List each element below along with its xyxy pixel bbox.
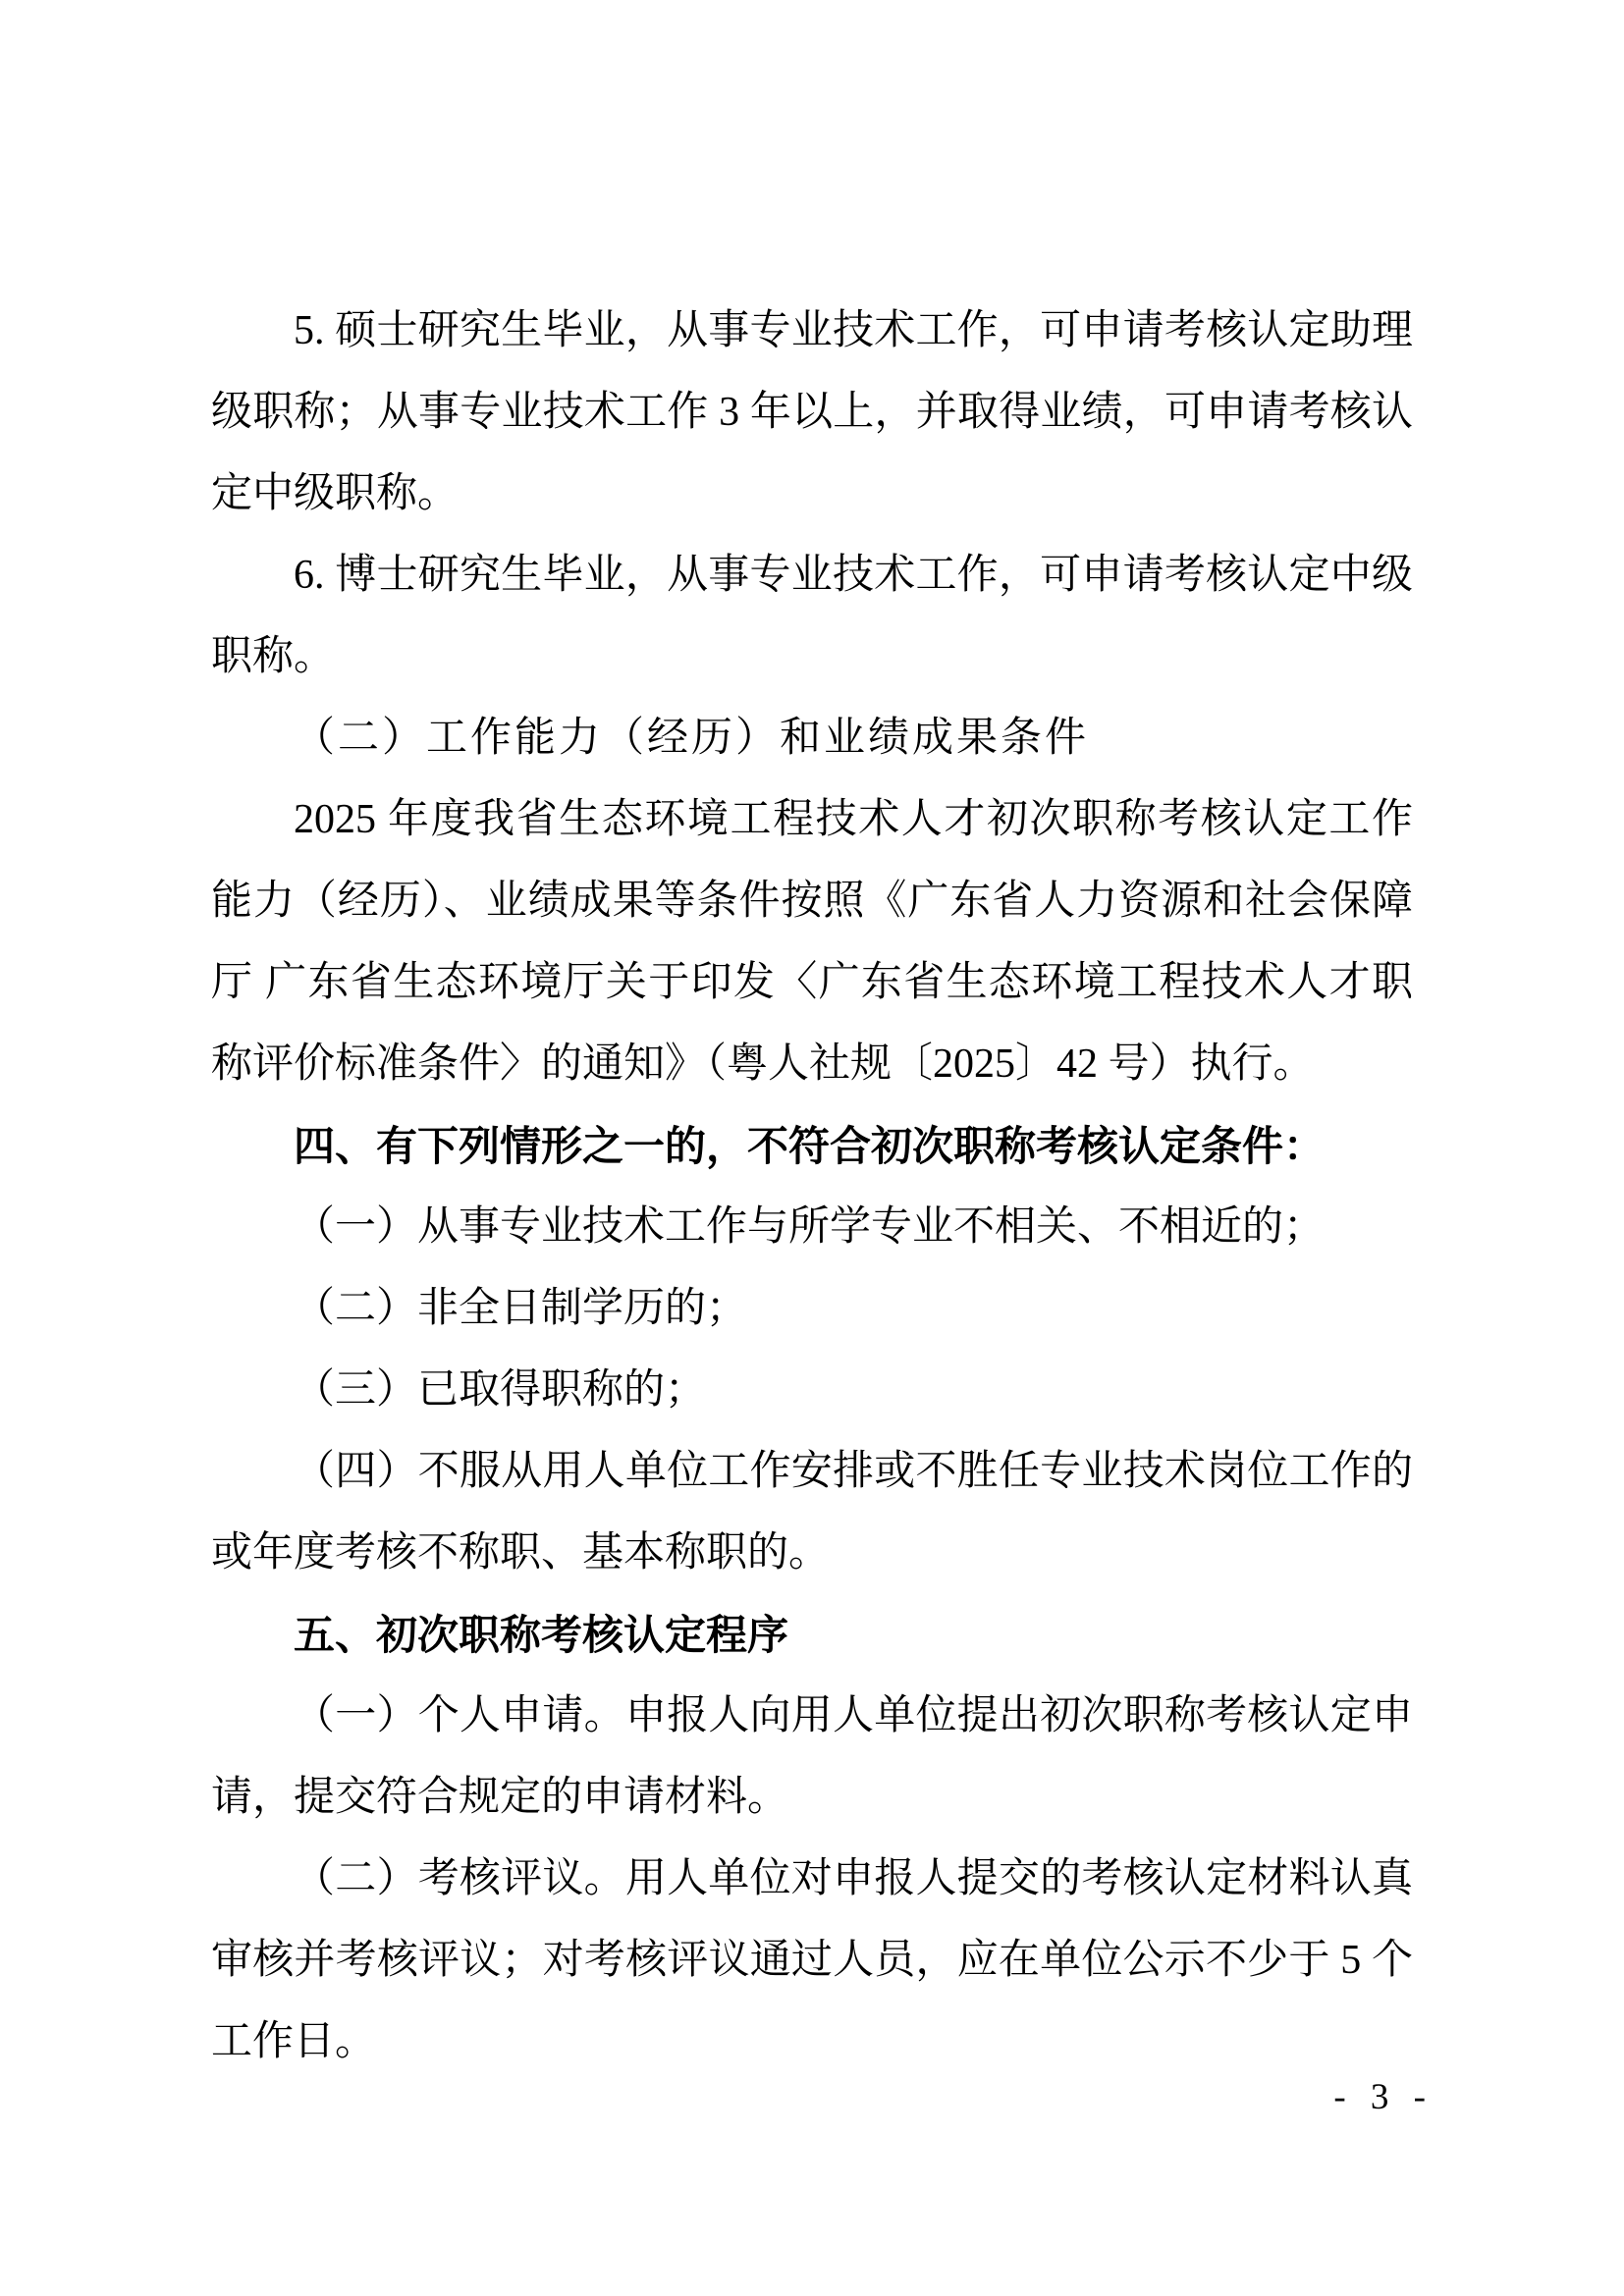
document-page: 5. 硕士研究生毕业，从事专业技术工作，可申请考核认定助理级职称；从事专业技术工… <box>0 0 1624 2296</box>
document-body: 5. 硕士研究生毕业，从事专业技术工作，可申请考核认定助理级职称；从事专业技术工… <box>211 291 1413 2083</box>
paragraph-disqualify-item-4: （四）不服从用人单位工作安排或不胜任专业技术岗位工作的或年度考核不称职、基本称职… <box>211 1431 1413 1594</box>
paragraph-2025-standard-reference: 2025 年度我省生态环境工程技术人才初次职称考核认定工作能力（经历）、业绩成果… <box>211 779 1413 1105</box>
paragraph-degree-item-5: 5. 硕士研究生毕业，从事专业技术工作，可申请考核认定助理级职称；从事专业技术工… <box>211 291 1413 535</box>
paragraph-procedure-step-1: （一）个人申请。申报人向用人单位提出初次职称考核认定申请，提交符合规定的申请材料… <box>211 1676 1413 1839</box>
section-heading-five-procedure: 五、初次职称考核认定程序 <box>211 1594 1413 1676</box>
paragraph-procedure-step-2: （二）考核评议。用人单位对申报人提交的考核认定材料认真审核并考核评议；对考核评议… <box>211 1839 1413 2083</box>
paragraph-disqualify-item-2: （二）非全日制学历的； <box>211 1268 1413 1350</box>
paragraph-disqualify-item-3: （三）已取得职称的； <box>211 1350 1413 1431</box>
paragraph-disqualify-item-1: （一）从事专业技术工作与所学专业不相关、不相近的； <box>211 1187 1413 1268</box>
section-heading-four-disqualifying: 四、有下列情形之一的，不符合初次职称考核认定条件： <box>211 1105 1413 1187</box>
paragraph-degree-item-6: 6. 博士研究生毕业，从事专业技术工作，可申请考核认定中级职称。 <box>211 535 1413 698</box>
page-number: - 3 - <box>1333 2073 1434 2122</box>
subsection-heading-work-ability: （二）工作能力（经历）和业绩成果条件 <box>211 698 1413 779</box>
